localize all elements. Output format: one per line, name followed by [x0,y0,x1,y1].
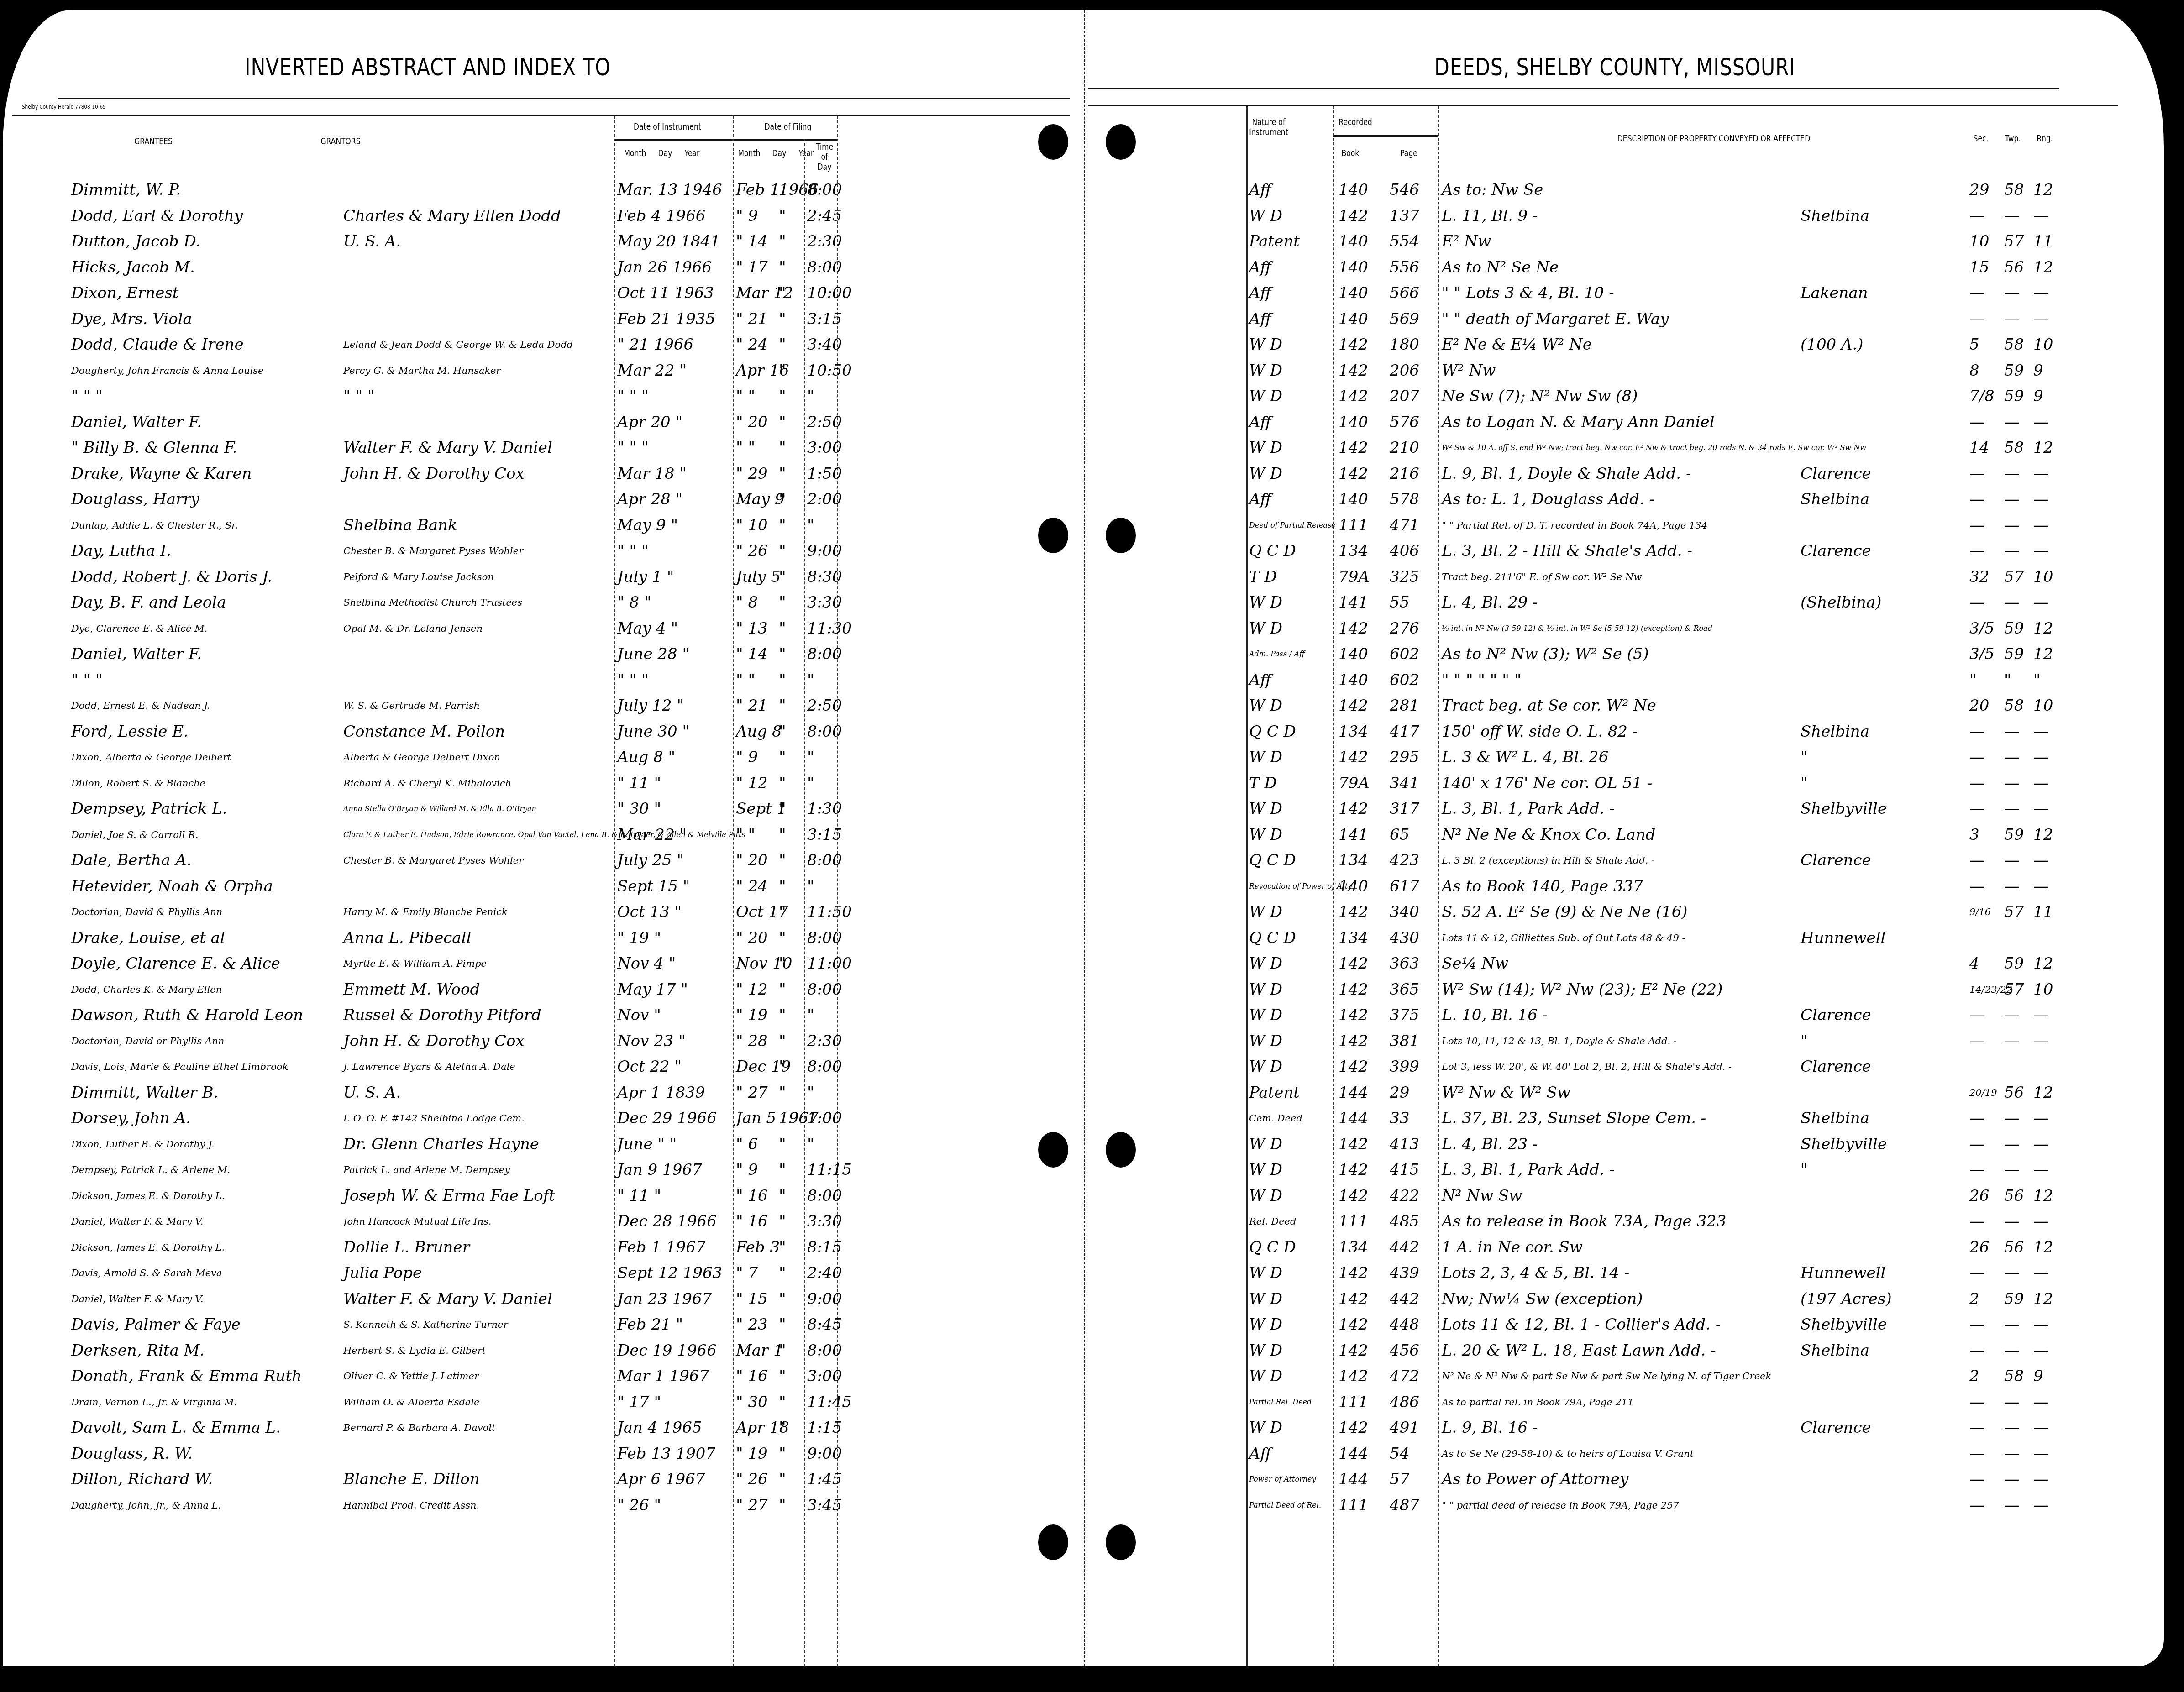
town: Clarence [1801,540,1871,562]
range: — [2033,1107,2049,1129]
section: — [1969,1494,1985,1516]
filing-month-day: " 8 [736,592,758,613]
description: Tract beg. 211'6" E. of Sw cor. W² Se Nw [1442,566,1642,588]
filing-month-day: " 16 [736,1210,768,1232]
grantor: J. Lawrence Byars & Aletha A. Dale [343,1056,515,1078]
page: 576 [1390,411,1419,433]
filing-year: " [779,334,786,356]
ledger-row: " Billy B. & Glenna F.Walter F. & Mary V… [3,437,838,459]
township: — [2004,746,2020,768]
book: 111 [1339,514,1368,536]
filing-year: " [779,437,786,459]
sec-header: Sec. [1972,134,1990,144]
grantee: Doyle, Clarence E. & Alice [71,953,280,974]
town: Shelbina [1801,488,1869,510]
grantee: Dempsey, Patrick L. [71,798,227,820]
filing-year: " [779,1082,786,1104]
ledger-row: W D14165N² Ne Ne & Knox Co. Land35912 [1088,824,2093,846]
grantee: Dodd, Ernest E. & Nadean J. [71,695,210,717]
book: 144 [1339,1107,1368,1129]
ledger-row: W D142295L. 3 & W² L. 4, Bl. 26"——— [1088,746,2093,768]
time-of-day: 8:45 [807,1314,842,1336]
ledger-row: Dutton, Jacob D.U. S. A.May 20 1841" 14"… [3,230,838,252]
page: 486 [1390,1391,1419,1413]
filing-year: " [779,875,786,897]
ledger-row: W D142207Ne Sw (7); N² Nw Sw (8)7/8599 [1088,385,2093,407]
town: (100 A.) [1801,334,1864,356]
grantee: Davis, Palmer & Faye [71,1314,241,1336]
ledger-row: Adm. Pass / Aff140602As to N² Nw (3); W²… [1088,643,2093,665]
range: 9 [2033,360,2043,382]
description: L. 10, Bl. 16 - [1442,1004,1548,1026]
ledger-row: Doyle, Clarence E. & AliceMyrtle E. & Wi… [3,953,838,974]
ledger-row: Patent140554E² Nw105711 [1088,230,2093,252]
grantor: Dollie L. Bruner [343,1236,470,1258]
nature-of-instrument: W D [1249,798,1282,820]
nature-of-instrument: Aff [1249,488,1271,510]
nature-of-instrument: Q C D [1249,927,1296,949]
page: 422 [1390,1185,1419,1207]
book: 140 [1339,488,1368,510]
page: 566 [1390,282,1419,304]
grantee: " " " [71,669,103,691]
page: 276 [1390,618,1419,639]
book: 142 [1339,618,1368,639]
township: — [2004,1494,2020,1516]
ledger-row: W D142363Se¼ Nw45912 [1088,953,2093,974]
grantee: Dodd, Robert J. & Doris J. [71,566,272,588]
section: — [1969,1210,1985,1232]
instrument-date: Sept 12 1963 [617,1262,722,1284]
nature-of-instrument: W D [1249,1133,1282,1155]
township: — [2004,463,2020,485]
filing-year: " [779,1236,786,1258]
grantee: Dimmitt, Walter B. [71,1082,218,1104]
filing-year: " [779,282,786,304]
page-header: Page [1397,149,1420,159]
punch-hole [1038,1132,1068,1168]
ledger-row: Dodd, Claude & IreneLeland & Jean Dodd &… [3,334,838,356]
description: " " Partial Rel. of D. T. recorded in Bo… [1442,514,1707,536]
instrument-date: Feb 21 " [617,1314,683,1336]
nature-of-instrument: Aff [1249,1443,1271,1465]
ledger-row: Doctorian, David or Phyllis AnnJohn H. &… [3,1030,838,1052]
section: — [1969,1468,1985,1490]
filing-month-day: " 30 [736,1391,768,1413]
grantee: Drake, Wayne & Karen [71,463,252,485]
time-of-day: " [807,875,814,897]
grantor: Constance M. Poilon [343,721,505,743]
nature-of-instrument: Aff [1249,669,1271,691]
filing-month-day: Feb 1 [736,179,780,201]
book: 142 [1339,1288,1368,1310]
page: 363 [1390,953,1419,974]
nature-of-instrument: W D [1249,1417,1282,1439]
instrument-date: " 17 " [617,1391,661,1413]
page: 325 [1390,566,1419,588]
page: 602 [1390,643,1419,665]
description: Lot 3, less W. 20', & W. 40' Lot 2, Bl. … [1442,1056,1732,1078]
ledger-row: Dempsey, Patrick L.Anna Stella O'Bryan &… [3,798,838,820]
ledger-row: Dodd, Earl & DorothyCharles & Mary Ellen… [3,205,838,227]
filing-year: " [779,1417,786,1439]
page: 399 [1390,1056,1419,1078]
nature-of-instrument: W D [1249,437,1282,459]
section: 2 [1969,1365,1979,1387]
grantee: Davolt, Sam L. & Emma L. [71,1417,281,1439]
filing-month-day: " 20 [736,411,768,433]
instrument-date: June " " [617,1133,677,1155]
description: L. 9, Bl. 16 - [1442,1417,1538,1439]
book: 111 [1339,1494,1368,1516]
book: 142 [1339,1365,1368,1387]
time-of-day: 1:45 [807,1468,842,1490]
filing-year: " [779,901,786,923]
grantee: Davis, Arnold S. & Sarah Meva [71,1262,222,1284]
page: 456 [1390,1340,1419,1362]
filing-month-day: Feb 3 [736,1236,780,1258]
township: — [2004,1314,2020,1336]
description: W² Nw & W² Sw [1442,1082,1570,1104]
description: Lots 2, 3, 4 & 5, Bl. 14 - [1442,1262,1629,1284]
filing-month-day: Jan 5 [736,1107,776,1129]
grantee: Dunlap, Addie L. & Chester R., Sr. [71,514,238,536]
description: " " death of Margaret E. Way [1442,308,1669,330]
instrument-date: Jan 26 1966 [617,257,712,278]
range: — [2033,282,2049,304]
township: — [2004,875,2020,897]
book: 142 [1339,1133,1368,1155]
time-of-day: 3:00 [807,1365,842,1387]
book: 142 [1339,1004,1368,1026]
instrument-date: Feb 4 1966 [617,205,705,227]
instrument-date: " 11 " [617,772,661,794]
ledger-row: T D79A341140' x 176' Ne cor. OL 51 -"——— [1088,772,2093,794]
range: 12 [2033,953,2053,974]
description: " " Lots 3 & 4, Bl. 10 - [1442,282,1614,304]
nature-of-instrument: W D [1249,1004,1282,1026]
township: 59 [2004,385,2024,407]
page: 423 [1390,849,1419,871]
page: 487 [1390,1494,1419,1516]
instrument-date: Apr 28 " [617,488,682,510]
page: 491 [1390,1417,1419,1439]
range: 12 [2033,257,2053,278]
township: 58 [2004,695,2024,717]
filing-month-day: " 17 [736,257,768,278]
range: — [2033,1340,2049,1362]
date-of-instrument-header: Date of Instrument [626,122,709,132]
ledger-row: " " "" " "" " "" """ [3,385,838,407]
filing-month-day: " 9 [736,205,758,227]
ledger-row: Dixon, Alberta & George DelbertAlberta &… [3,746,838,768]
instrument-date: " " " [617,437,649,459]
grantor: Charles & Mary Ellen Dodd [343,205,561,227]
filing-month-day: July 5 [736,566,781,588]
ledger-row: Dillon, Robert S. & BlancheRichard A. & … [3,772,838,794]
ledger-row: Daniel, Walter F.June 28 "" 14"8:00 [3,643,838,665]
description: N² Ne & N² Nw & part Se Nw & part Sw Ne … [1442,1365,1771,1387]
rng-header: Rng. [2036,134,2054,144]
grantor: Anna L. Pibecall [343,927,471,949]
page: 295 [1390,746,1419,768]
nature-of-instrument: Cem. Deed [1249,1107,1302,1129]
range: — [2033,798,2049,820]
nature-of-instrument: W D [1249,1288,1282,1310]
instrument-date: Aug 8 " [617,746,675,768]
time-of-day: " [807,1133,814,1155]
section: — [1969,1314,1985,1336]
grantor: John H. & Dorothy Cox [343,463,525,485]
range: — [2033,1391,2049,1413]
description: Se¼ Nw [1442,953,1508,974]
nature-of-instrument: Partial Rel. Deed [1249,1391,1312,1413]
time-of-day: 8:00 [807,257,842,278]
grantee: Daniel, Walter F. [71,411,202,433]
range: — [2033,772,2049,794]
ledger-row: W D142381Lots 10, 11, 12 & 13, Bl. 1, Do… [1088,1030,2093,1052]
description: N² Ne Ne & Knox Co. Land [1442,824,1655,846]
section: 20/19 [1969,1082,1997,1104]
grantor: Hannibal Prod. Credit Assn. [343,1494,479,1516]
nature-of-instrument: W D [1249,1340,1282,1362]
ledger-row: Dye, Mrs. ViolaFeb 21 1935" 21"3:15 [3,308,838,330]
ledger-row: Dunlap, Addie L. & Chester R., Sr.Shelbi… [3,514,838,536]
description: Tract beg. at Se cor. W² Ne [1442,695,1656,717]
ledger-row: Drain, Vernon L., Jr. & Virginia M.Willi… [3,1391,838,1413]
description: As to partial rel. in Book 79A, Page 211 [1442,1391,1634,1413]
grantee: Drain, Vernon L., Jr. & Virginia M. [71,1391,237,1413]
description: L. 9, Bl. 1, Doyle & Shale Add. - [1442,463,1691,485]
recorded-divider [1333,135,1438,137]
time-of-day: 8:00 [807,1340,842,1362]
book: 140 [1339,875,1368,897]
ledger-row: Dale, Bertha A.Chester B. & Margaret Pys… [3,849,838,871]
instrument-date: Feb 1 1967 [617,1236,705,1258]
description: W² Sw (14); W² Nw (23); E² Ne (22) [1442,979,1722,1001]
nature-of-instrument: W D [1249,1314,1282,1336]
page: 413 [1390,1133,1419,1155]
ledger-row: Aff14454As to Se Ne (29-58-10) & to heir… [1088,1443,2093,1465]
section: — [1969,1159,1985,1181]
page: 546 [1390,179,1419,201]
instrument-date: " " " [617,540,649,562]
filing-year: " [779,1365,786,1387]
instrument-date: July 12 " [617,695,684,717]
ledger-row: Ford, Lessie E.Constance M. PoilonJune 3… [3,721,838,743]
nature-of-instrument: W D [1249,592,1282,613]
range: — [2033,849,2049,871]
instrument-date: Nov 23 " [617,1030,686,1052]
ledger-row: W D142375L. 10, Bl. 16 -Clarence——— [1088,1004,2093,1026]
description: Lots 11 & 12, Gilliettes Sub. of Out Lot… [1442,927,1685,949]
range: 12 [2033,1082,2053,1104]
grantee: Dodd, Charles K. & Mary Ellen [71,979,222,1001]
book: 144 [1339,1082,1368,1104]
section: — [1969,411,1985,433]
filing-month-day: " 21 [736,695,768,717]
filing-year: " [779,618,786,639]
ledger-row: Aff140578As to: L. 1, Douglass Add. -She… [1088,488,2093,510]
description: " " partial deed of release in Book 79A,… [1442,1494,1679,1516]
description: W² Nw [1442,360,1496,382]
grantor: Opal M. & Dr. Leland Jensen [343,618,483,639]
range: — [2033,746,2049,768]
filing-month-day: May 9 [736,488,785,510]
ledger-row: Partial Rel. Deed111486As to partial rel… [1088,1391,2093,1413]
township: 56 [2004,1185,2024,1207]
book: 142 [1339,1159,1368,1181]
nature-of-instrument: W D [1249,901,1282,923]
section: — [1969,488,1985,510]
nature-of-instrument: W D [1249,953,1282,974]
filing-year: " [779,1210,786,1232]
instrument-date: June 28 " [617,643,689,665]
range: 9 [2033,385,2043,407]
page: 341 [1390,772,1419,794]
page: 281 [1390,695,1419,717]
instrument-date: Jan 9 1967 [617,1159,702,1181]
town: Clarence [1801,463,1871,485]
description: L. 11, Bl. 9 - [1442,205,1538,227]
filing-month-day: " 15 [736,1288,768,1310]
grantee: Dixon, Ernest [71,282,179,304]
grantee: " " " [71,385,103,407]
book: 142 [1339,901,1368,923]
range: — [2033,540,2049,562]
ledger-row: Dixon, ErnestOct 11 1963Mar 12"10:00 [3,282,838,304]
description: S. 52 A. E² Se (9) & Ne Ne (16) [1442,901,1688,923]
nature-of-instrument: Partial Deed of Rel. [1249,1494,1321,1516]
description: As to N² Nw (3); W² Se (5) [1442,643,1649,665]
ledger-row: Dempsey, Patrick L. & Arlene M.Patrick L… [3,1159,838,1181]
description: 1 A. in Ne cor. Sw [1442,1236,1583,1258]
book-header: Book [1339,149,1361,159]
section: — [1969,1340,1985,1362]
ledger-row: W D142137L. 11, Bl. 9 -Shelbina——— [1088,205,2093,227]
book: 142 [1339,437,1368,459]
township: — [2004,540,2020,562]
ledger-row: Power of Attorney14457As to Power of Att… [1088,1468,2093,1490]
township: — [2004,514,2020,536]
section: — [1969,746,1985,768]
page: 54 [1390,1443,1409,1465]
range: 11 [2033,901,2053,923]
grantee: Dodd, Earl & Dorothy [71,205,243,227]
ledger-row: Aff140569" " death of Margaret E. Way——— [1088,308,2093,330]
ledger-row: Daniel, Walter F. & Mary V.John Hancock … [3,1210,838,1232]
ledger-row: W D142206W² Nw8599 [1088,360,2093,382]
filing-year: " [779,927,786,949]
range: — [2033,1030,2049,1052]
ledger-row: Dawson, Ruth & Harold LeonRussel & Dorot… [3,1004,838,1026]
ledger-row: Dougherty, John Francis & Anna LouisePer… [3,360,838,382]
grantee: Dougherty, John Francis & Anna Louise [71,360,264,382]
nature-of-instrument: Q C D [1249,721,1296,743]
grantees-header: GRANTEES [116,137,191,147]
book: 142 [1339,334,1368,356]
filing-month-day: " 24 [736,334,768,356]
time-of-day: 8:00 [807,979,842,1001]
filing-year: " [779,360,786,382]
township: 57 [2004,230,2024,252]
filing-month-header: Month [736,149,762,159]
filing-month-day: " 7 [736,1262,758,1284]
filing-month-day: Mar 1 [736,1340,783,1362]
filing-year: " [779,308,786,330]
time-of-day: 1:00 [807,1107,842,1129]
nature-of-instrument: Aff [1249,282,1271,304]
grantor: Richard A. & Cheryl K. Mihalovich [343,772,511,794]
township: 59 [2004,618,2024,639]
grantee: Day, Lutha I. [71,540,171,562]
ledger-row: W D142415L. 3, Bl. 1, Park Add. -"——— [1088,1159,2093,1181]
township: — [2004,772,2020,794]
township: — [2004,721,2020,743]
description: 140' x 176' Ne cor. OL 51 - [1442,772,1652,794]
grantee: Dixon, Luther B. & Dorothy J. [71,1133,215,1155]
township: 57 [2004,566,2024,588]
description: L. 3, Bl. 2 - Hill & Shale's Add. - [1442,540,1692,562]
grantee: Dawson, Ruth & Harold Leon [71,1004,303,1026]
range: 10 [2033,566,2053,588]
township: — [2004,1468,2020,1490]
page: 57 [1390,1468,1409,1490]
nature-of-instrument: Rel. Deed [1249,1210,1296,1232]
book: 142 [1339,385,1368,407]
description: W² Sw & 10 A. off S. end W² Nw; tract be… [1442,437,1866,459]
instrument-date: July 1 " [617,566,674,588]
ledger-row: Aff140556As to N² Se Ne155612 [1088,257,2093,278]
page: 417 [1390,721,1419,743]
page: 556 [1390,257,1419,278]
book: 140 [1339,230,1368,252]
filing-month-day: " 24 [736,875,768,897]
description: L. 4, Bl. 29 - [1442,592,1538,613]
range: — [2033,463,2049,485]
section: 14 [1969,437,1989,459]
grantee: Day, B. F. and Leola [71,592,226,613]
range: — [2033,875,2049,897]
grantee: Douglass, Harry [71,488,199,510]
town: Shelbina [1801,1340,1869,1362]
ledger-row: " " "" " "" """ [3,669,838,691]
filing-year: " [779,695,786,717]
book: 142 [1339,1340,1368,1362]
range: 12 [2033,1185,2053,1207]
ledger-row: Dye, Clarence E. & Alice M.Opal M. & Dr.… [3,618,838,639]
range: — [2033,488,2049,510]
page: 210 [1390,437,1419,459]
section: 7/8 [1969,385,1995,407]
description: As to Book 140, Page 337 [1442,875,1643,897]
town: Shelbyville [1801,1133,1887,1155]
description: As to release in Book 73A, Page 323 [1442,1210,1726,1232]
grantee: Daniel, Walter F. & Mary V. [71,1210,203,1232]
town: Shelbyville [1801,1314,1887,1336]
nature-of-instrument: Aff [1249,308,1271,330]
book: 140 [1339,179,1368,201]
section: 29 [1969,179,1989,201]
grantor: John H. & Dorothy Cox [343,1030,525,1052]
punch-hole [1106,124,1136,160]
ledger-row: W D142340S. 52 A. E² Se (9) & Ne Ne (16)… [1088,901,2093,923]
filing-year: " [779,592,786,613]
page: 180 [1390,334,1419,356]
town: " [1801,772,1808,794]
range: — [2033,1262,2049,1284]
page: 340 [1390,901,1419,923]
